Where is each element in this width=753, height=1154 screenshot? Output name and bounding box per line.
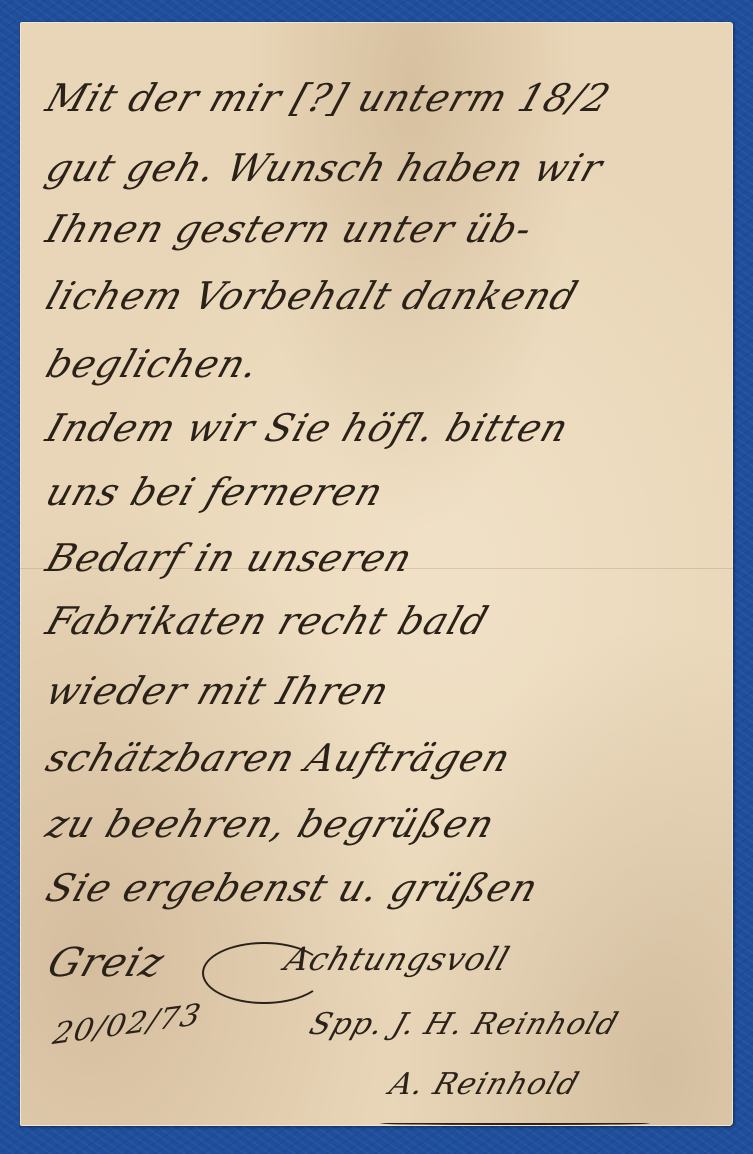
signature-underline <box>380 1122 650 1125</box>
text-line: gut geh. Wunsch haben wir <box>40 144 609 192</box>
date: 20/02/73 <box>50 997 204 1052</box>
text-line: Indem wir Sie höfl. bitten <box>40 404 575 452</box>
text-line: wieder mit Ihren <box>40 667 396 715</box>
place-name: Greiz <box>42 940 171 986</box>
text-line: Ihnen gestern unter üb- <box>40 205 539 253</box>
text-line: beglichen. <box>40 340 266 388</box>
text-line: Bedarf in unseren <box>40 534 419 582</box>
text-line: Fabrikaten recht bald <box>40 597 495 645</box>
signature-firm: Spp. J. H. Reinhold <box>305 1007 623 1042</box>
text-line: Mit der mir [?] unterm 18/2 <box>40 74 617 122</box>
closing-salutation: Achtungsvoll <box>280 940 515 978</box>
text-line: Sie ergebenst u. grüßen <box>40 864 545 912</box>
text-line: zu beehren, begrüßen <box>40 800 501 848</box>
postcard: Mit der mir [?] unterm 18/2 gut geh. Wun… <box>20 22 733 1126</box>
text-line: uns bei ferneren <box>40 468 390 516</box>
signature-name: A. Reinhold <box>385 1067 584 1102</box>
text-line: lichem Vorbehalt dankend <box>40 272 584 320</box>
text-line: schätzbaren Aufträgen <box>40 734 517 782</box>
